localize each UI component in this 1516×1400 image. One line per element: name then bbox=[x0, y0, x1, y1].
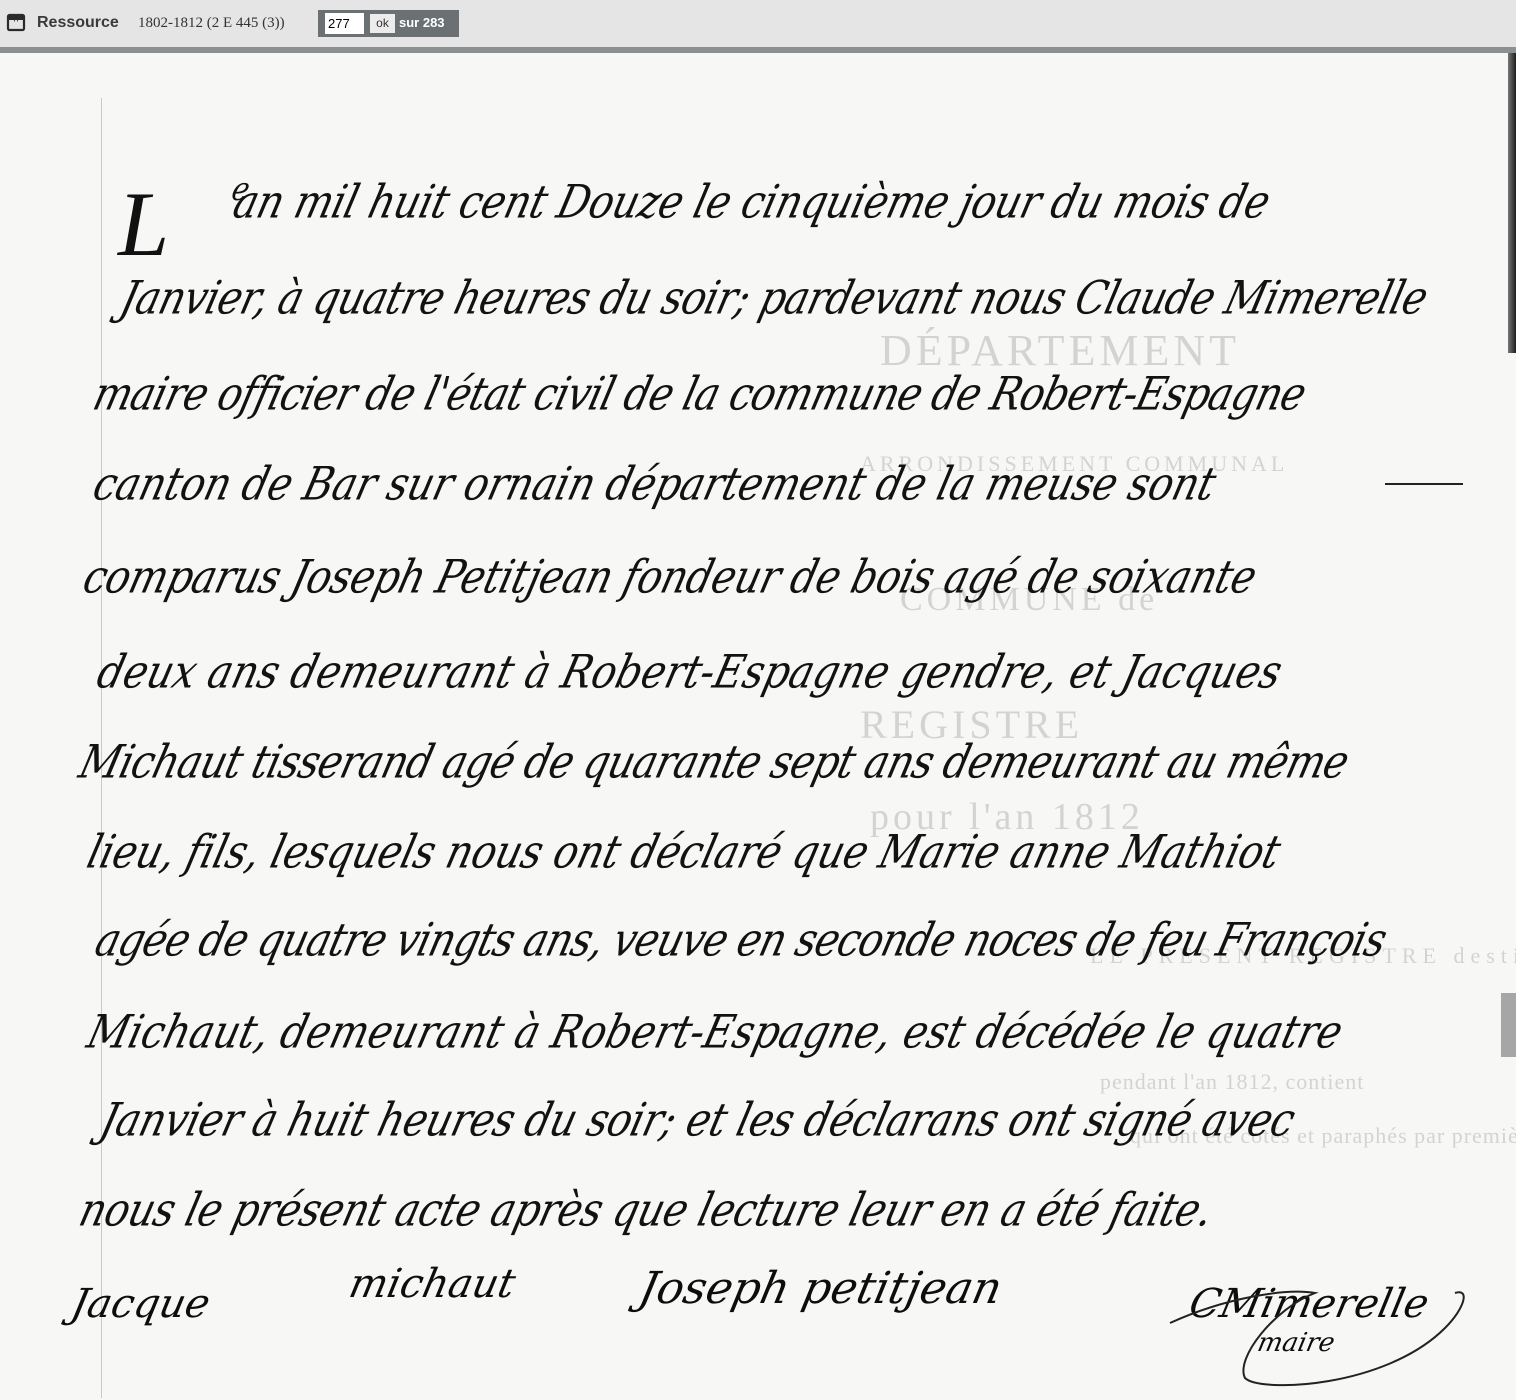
record-line: deux ans demeurant à Robert-Espagne gend… bbox=[92, 646, 1287, 699]
record-line: nous le présent acte après que lecture l… bbox=[74, 1184, 1218, 1237]
record-line: canton de Bar sur ornain département de … bbox=[88, 458, 1221, 511]
signature-jacque: Jacque bbox=[67, 1281, 214, 1327]
bleed-text: pendant l'an 1812, contient bbox=[1100, 1069, 1364, 1095]
document-image-viewer[interactable]: DÉPARTEMENT ARRONDISSEMENT COMMUNAL COMM… bbox=[0, 53, 1516, 1400]
record-line: lieu, fils, lesquels nous ont déclaré qu… bbox=[82, 826, 1286, 879]
page-number-input[interactable] bbox=[325, 13, 364, 34]
mayor-paraph-flourish bbox=[1165, 1268, 1485, 1398]
go-to-page-button[interactable]: ok bbox=[370, 14, 395, 33]
record-line: Michaut tisserand agé de quarante sept a… bbox=[74, 736, 1354, 789]
record-line: Janvier, à quatre heures du soir; pardev… bbox=[115, 272, 1433, 325]
record-line: Michaut, demeurant à Robert-Espagne, est… bbox=[82, 1006, 1348, 1059]
signature-michaut: michaut bbox=[345, 1261, 519, 1307]
archive-box-icon bbox=[6, 12, 26, 32]
resource-title: Ressource bbox=[37, 14, 119, 32]
page-binding-edge bbox=[1508, 53, 1516, 353]
decorative-initial: L bbox=[118, 171, 169, 277]
record-line: agée de quatre vingts ans, veuve en seco… bbox=[90, 914, 1391, 967]
record-line: an mil huit cent Douze le cinquième jour… bbox=[228, 176, 1275, 229]
record-line: comparus Joseph Petitjean fondeur de boi… bbox=[78, 551, 1262, 604]
record-line: Janvier à huit heures du soir; et les dé… bbox=[95, 1094, 1300, 1147]
signature-joseph-petitjean: Joseph petitjean bbox=[635, 1263, 1007, 1314]
resource-cote: 1802-1812 (2 E 445 (3)) bbox=[138, 15, 285, 32]
record-line: maire officier de l'état civil de la com… bbox=[88, 368, 1311, 421]
page-total: sur 283 bbox=[399, 15, 445, 30]
viewer-scroll-handle[interactable] bbox=[1501, 993, 1516, 1057]
line-filler-stroke bbox=[1385, 483, 1463, 485]
viewer-toolbar: Ressource 1802-1812 (2 E 445 (3)) ok sur… bbox=[0, 0, 1516, 47]
page-navigator: ok sur 283 bbox=[318, 10, 459, 37]
